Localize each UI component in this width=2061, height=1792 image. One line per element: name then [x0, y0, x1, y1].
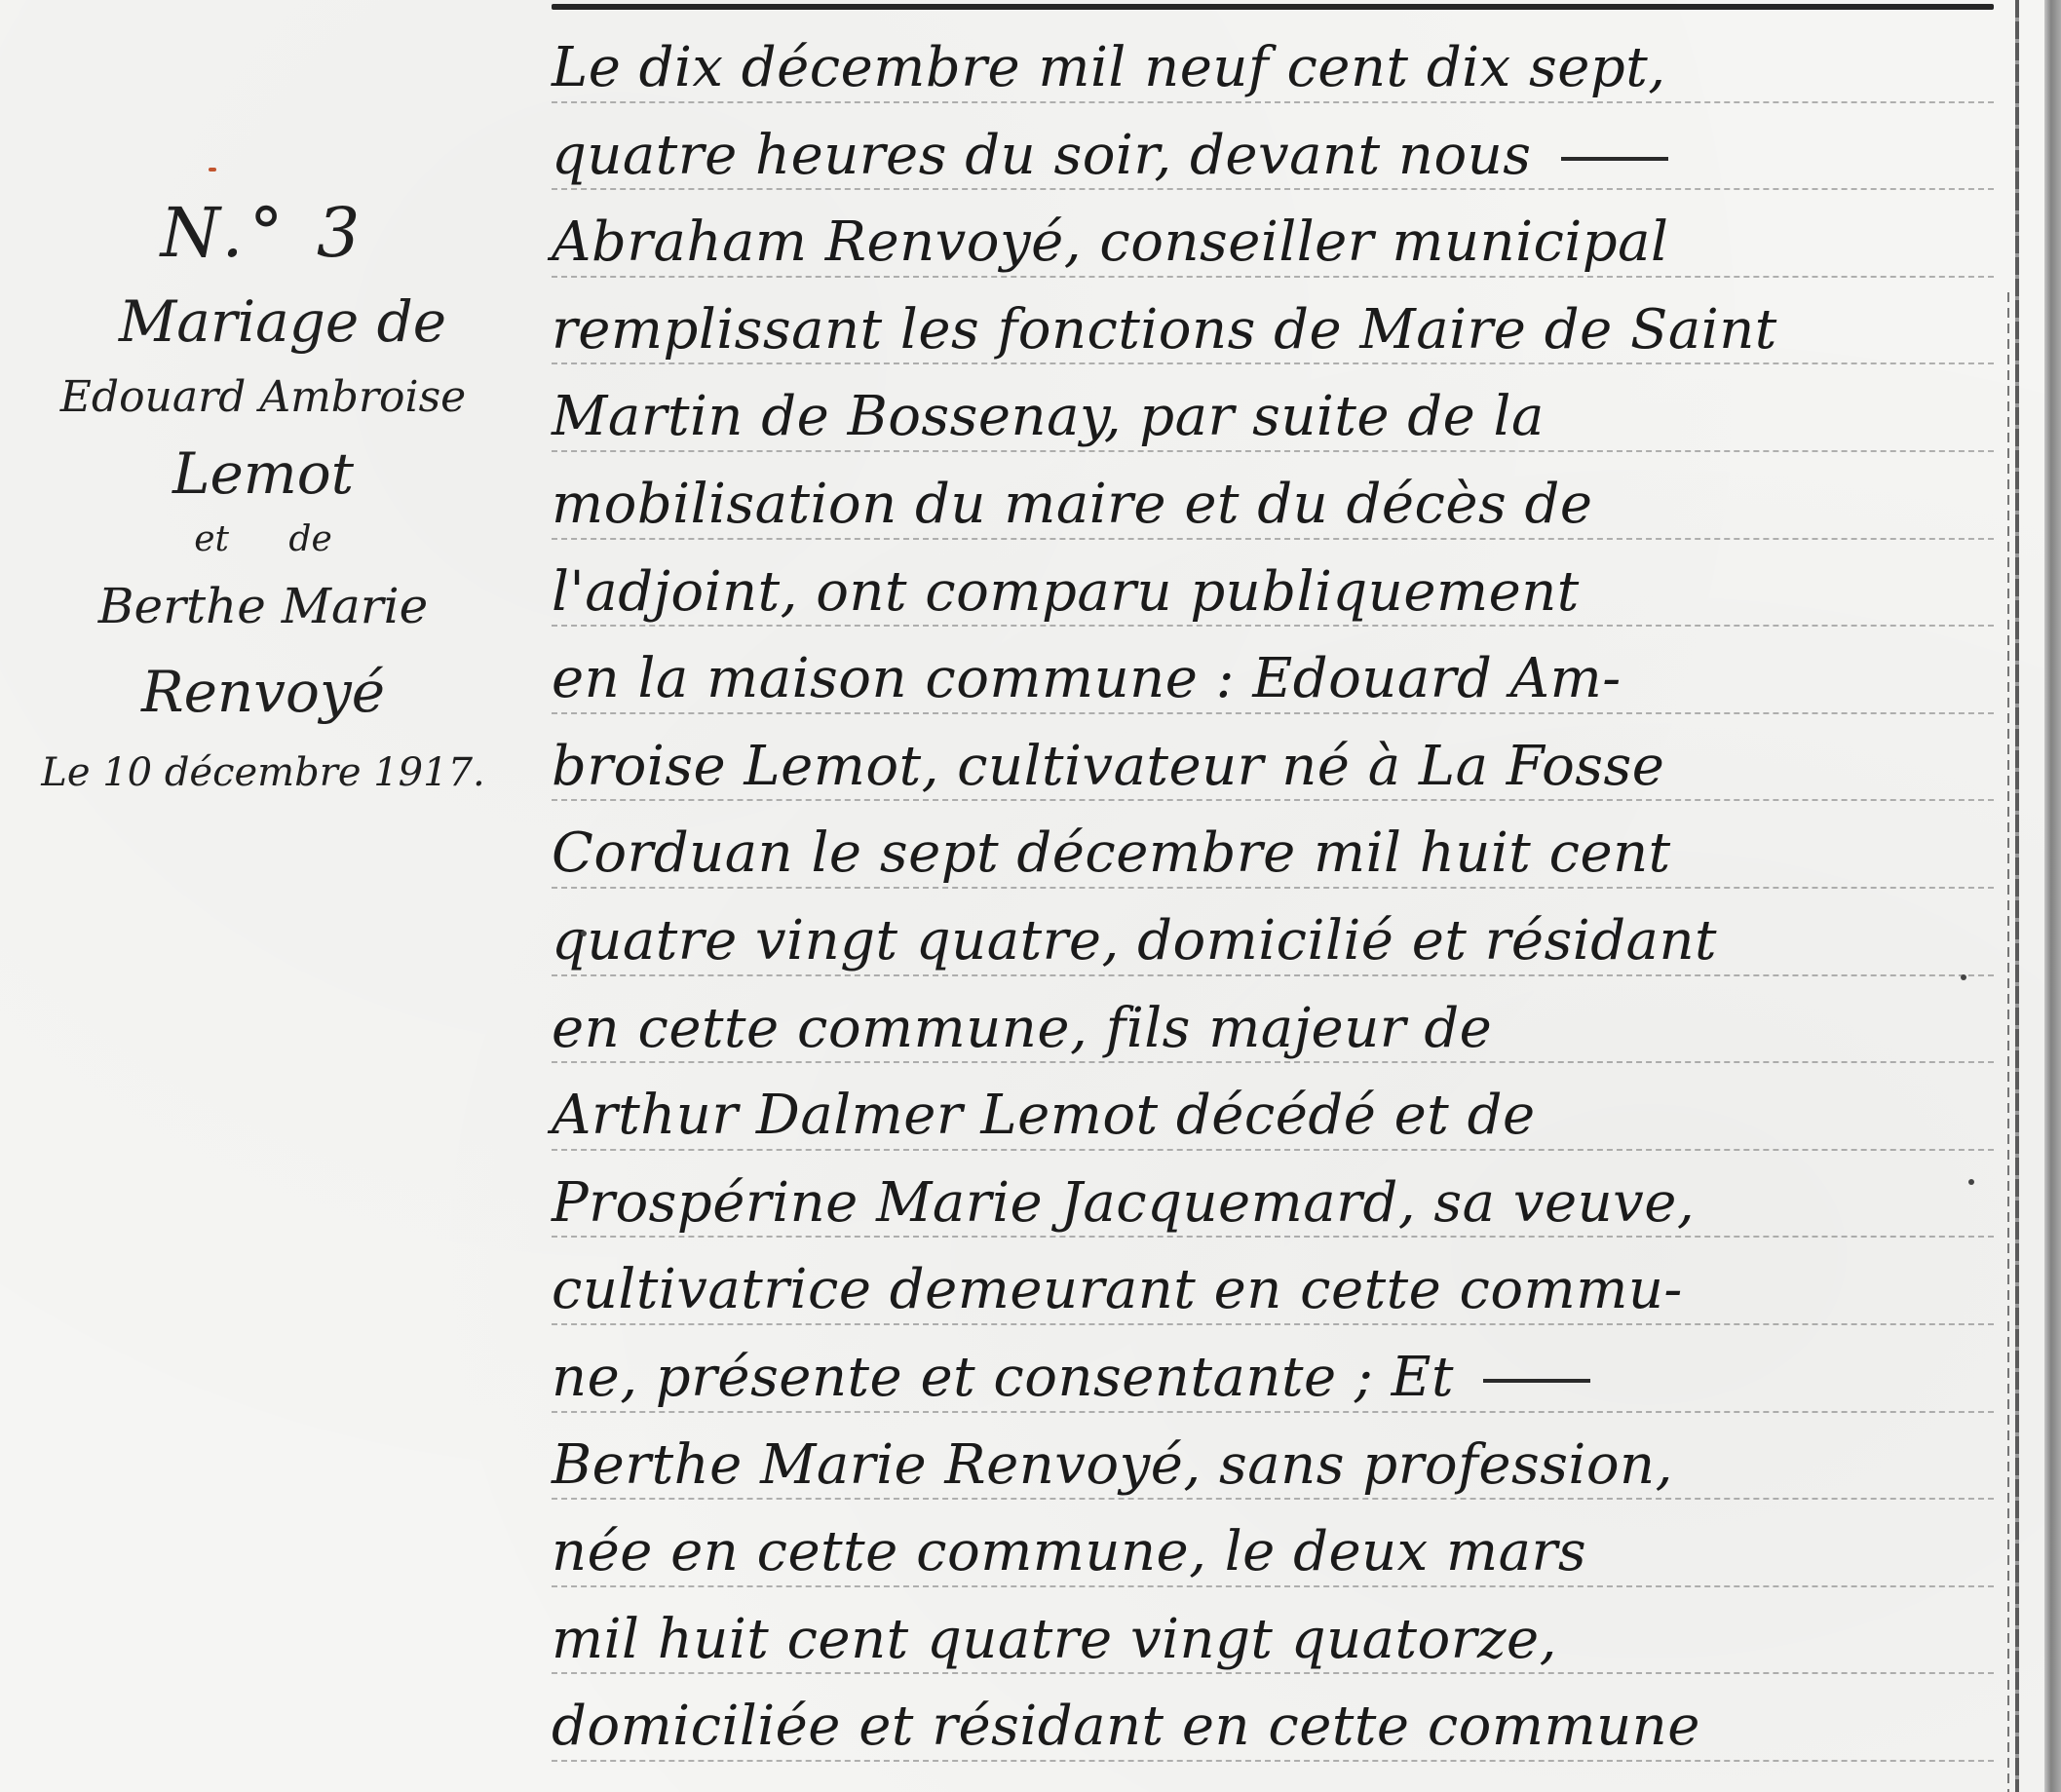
act-number: N.° 3	[0, 185, 526, 281]
line-filler-dash	[1561, 157, 1668, 161]
page-edge-shadow	[2044, 0, 2061, 1792]
top-heavy-rule	[552, 4, 1994, 10]
body-line-text: ne, présente et consentante ; Et	[552, 1346, 1454, 1409]
body-line: mobilisation du maire et du décès de	[552, 466, 1994, 553]
body-line: Martin de Bossenay, par suite de la	[552, 378, 1994, 466]
act-body: Le dix décembre mil neuf cent dix sept, …	[552, 29, 1994, 1775]
bride-last-name: Renvoyé	[0, 647, 526, 737]
body-line: Prospérine Marie Jacquemard, sa veuve,	[552, 1164, 1994, 1252]
scanned-register-page: N.° 3 Mariage de Edouard Ambroise Lemot …	[0, 0, 2061, 1792]
body-line: Berthe Marie Renvoyé, sans profession,	[552, 1427, 1994, 1514]
body-line: Corduan le sept décembre mil huit cent	[552, 815, 1994, 902]
margin-annotation: N.° 3 Mariage de Edouard Ambroise Lemot …	[0, 185, 526, 809]
line-filler-dash	[1483, 1379, 1590, 1383]
body-line: Le dix décembre mil neuf cent dix sept,	[552, 29, 1994, 117]
ink-dot	[581, 931, 587, 936]
groom-first-names: Edouard Ambroise	[0, 362, 526, 433]
body-line: quatre vingt quatre, domicilié et résida…	[552, 902, 1994, 990]
body-line: ne, présente et consentante ; Et	[552, 1339, 1994, 1427]
conjunction: et de	[0, 515, 526, 565]
body-line: en cette commune, fils majeur de	[552, 990, 1994, 1078]
body-line-text: quatre heures du soir, devant nous	[552, 124, 1532, 187]
ink-dot	[1961, 974, 1966, 980]
body-line: Abraham Renvoyé, conseiller municipal	[552, 204, 1994, 291]
act-title: Mariage de	[0, 281, 526, 362]
body-line: l'adjoint, ont comparu publiquement	[552, 553, 1994, 641]
body-line: mil huit cent quatre vingt quatorze,	[552, 1601, 1994, 1689]
act-date: Le 10 décembre 1917.	[0, 737, 526, 809]
body-line: née en cette commune, le deux mars	[552, 1513, 1994, 1601]
body-line: Arthur Dalmer Lemot décédé et de	[552, 1077, 1994, 1164]
body-line: domiciliée et résidant en cette commune	[552, 1688, 1994, 1775]
ink-speck	[209, 168, 216, 172]
body-line: broise Lemot, cultivateur né à La Fosse	[552, 728, 1994, 816]
right-margin-rule	[2015, 0, 2019, 1792]
body-line: cultivatrice demeurant en cette commu-	[552, 1251, 1994, 1339]
body-line: quatre heures du soir, devant nous	[552, 117, 1994, 205]
body-line: remplissant les fonctions de Maire de Sa…	[552, 291, 1994, 379]
ink-dot	[1968, 1179, 1974, 1185]
body-line: en la maison commune : Edouard Am-	[552, 640, 1994, 728]
inner-margin-rule	[2007, 292, 2009, 1792]
groom-last-name: Lemot	[0, 433, 526, 515]
bride-first-names: Berthe Marie	[0, 565, 526, 647]
